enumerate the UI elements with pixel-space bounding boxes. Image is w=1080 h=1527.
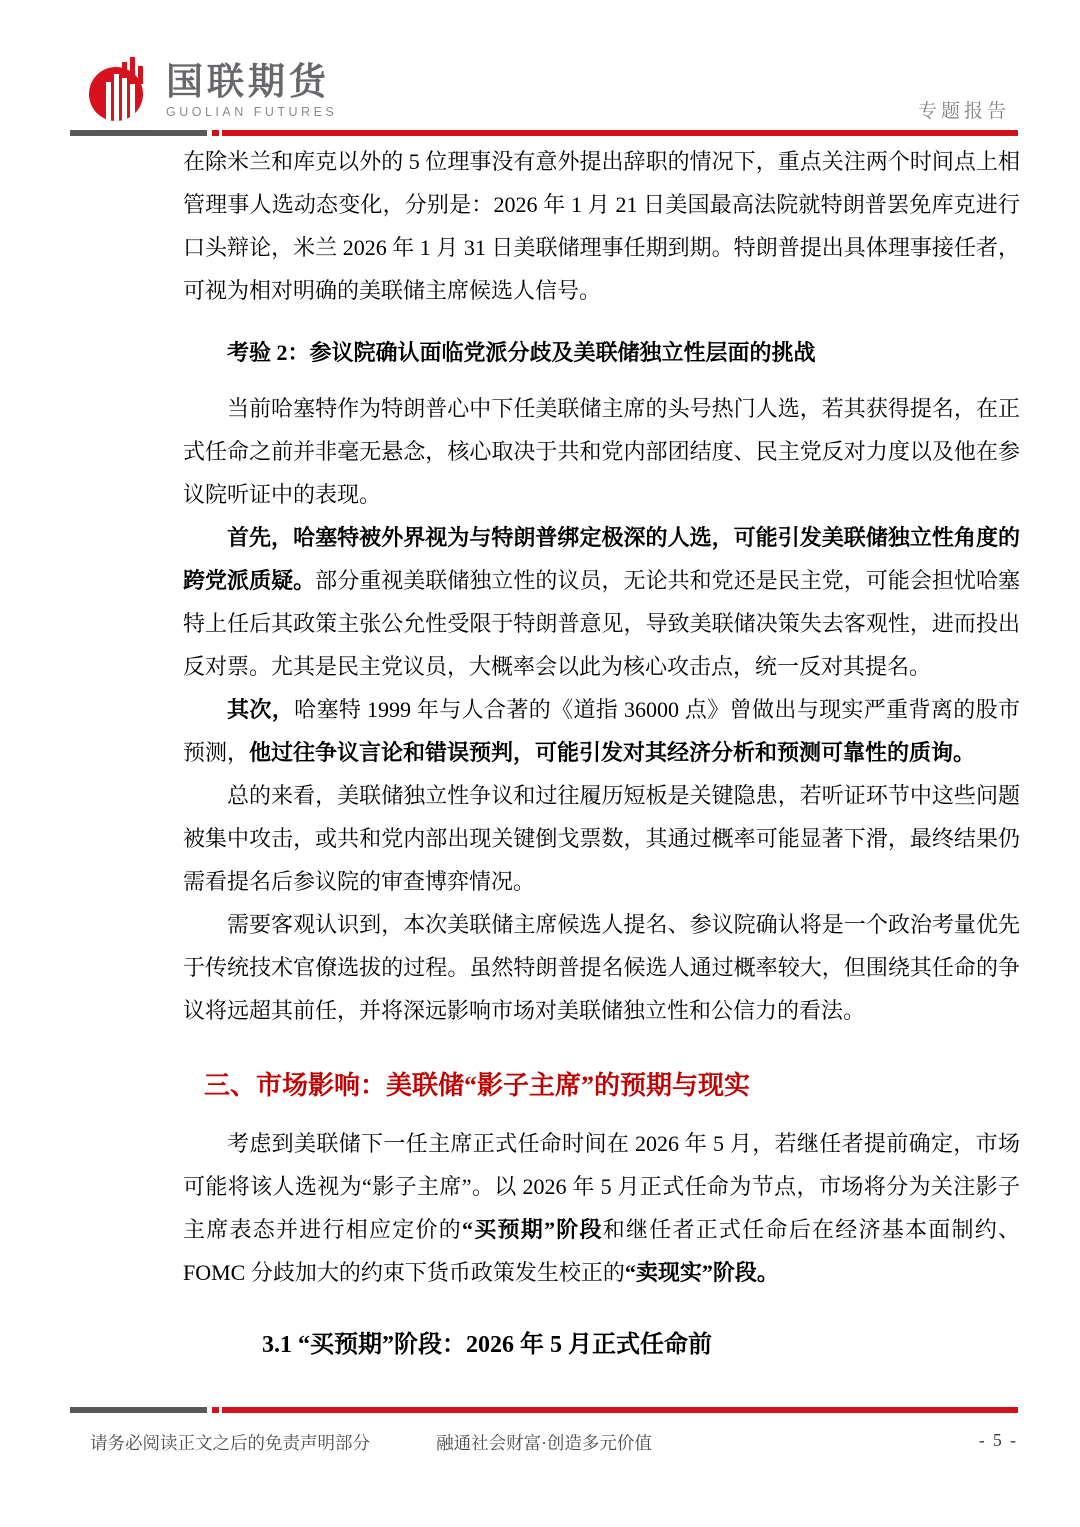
header-divider bbox=[70, 130, 1018, 136]
brand-name-cn: 国联期货 bbox=[166, 62, 337, 102]
footer-divider-red-segment bbox=[222, 1407, 1018, 1413]
paragraph-objective-view-text: 需要客观认识到，本次美联储主席候选人提名、参议院确认将是一个政治考量优先于传统技… bbox=[183, 912, 1020, 1023]
buy-expectation-bold: “买预期”阶段 bbox=[462, 1217, 603, 1242]
paragraph-objective-view: 需要客观认识到，本次美联储主席候选人提名、参议院确认将是一个政治考量优先于传统技… bbox=[183, 903, 1020, 1032]
paragraph-summary-text: 总的来看，美联储独立性争议和过往履历短板是关键隐患，若听证环节中这些问题被集中攻… bbox=[183, 783, 1020, 894]
paragraph-continued: 在除米兰和库克以外的 5 位理事没有意外提出辞职的情况下，重点关注两个时间点上相… bbox=[183, 140, 1020, 312]
footer-slogan: 融通社会财富·创造多元价值 bbox=[70, 1430, 1018, 1455]
report-body: 在除米兰和库克以外的 5 位理事没有意外提出辞职的情况下，重点关注两个时间点上相… bbox=[183, 140, 1020, 1367]
sell-reality-bold: “卖现实”阶段。 bbox=[625, 1260, 779, 1285]
paragraph-hassett-intro-text: 当前哈塞特作为特朗普心中下任美联储主席的头号热门人选，若其获得提名，在正式任命之… bbox=[183, 396, 1020, 507]
header-divider-red-segment bbox=[222, 130, 1018, 136]
brand-text: 国联期货 GUOLIAN FUTURES bbox=[166, 56, 337, 119]
subsection31-heading: 3.1 “买预期”阶段：2026 年 5 月正式任命前 bbox=[262, 1324, 1020, 1367]
paragraph-shadow-chair: 考虑到美联储下一任主席正式任命时间在 2026 年 5 月，若继任者提前确定，市… bbox=[183, 1122, 1020, 1294]
second-point-tail-bold: 他过往争议言论和错误预判，可能引发对其经济分析和预测可靠性的质询。 bbox=[249, 740, 975, 765]
brand-logo: 国联期货 GUOLIAN FUTURES bbox=[88, 56, 337, 129]
page-footer: 请务必阅读正文之后的免责声明部分 融通社会财富·创造多元价值 - 5 - bbox=[70, 1430, 1018, 1460]
brand-name-en: GUOLIAN FUTURES bbox=[166, 105, 337, 119]
exam2-heading: 考验 2：参议院确认面临党派分歧及美联储独立性层面的挑战 bbox=[183, 331, 1020, 374]
page-number: - 5 - bbox=[979, 1430, 1018, 1451]
footer-divider-gray-segment bbox=[70, 1407, 207, 1413]
header-divider-gray-segment bbox=[70, 130, 207, 136]
paragraph-hassett-intro: 当前哈塞特作为特朗普心中下任美联储主席的头号热门人选，若其获得提名，在正式任命之… bbox=[183, 387, 1020, 516]
guolian-logo-icon bbox=[88, 56, 154, 129]
page-header: 国联期货 GUOLIAN FUTURES 专题报告 bbox=[0, 0, 1080, 140]
report-type-label: 专题报告 bbox=[918, 96, 1010, 123]
paragraph-second-point: 其次，哈塞特 1999 年与人合著的《道指 36000 点》曾做出与现实严重背离… bbox=[183, 688, 1020, 774]
paragraph-first-point: 首先，哈塞特被外界视为与特朗普绑定极深的人选，可能引发美联储独立性角度的跨党派质… bbox=[183, 516, 1020, 688]
header-divider-red-dot bbox=[212, 130, 219, 136]
second-point-lead-bold: 其次， bbox=[227, 697, 294, 722]
footer-divider-red-dot bbox=[212, 1407, 219, 1413]
section3-heading: 三、市场影响：美联储“影子主席”的预期与现实 bbox=[204, 1066, 1020, 1106]
paragraph-summary: 总的来看，美联储独立性争议和过往履历短板是关键隐患，若听证环节中这些问题被集中攻… bbox=[183, 774, 1020, 903]
footer-divider bbox=[70, 1407, 1018, 1413]
paragraph-continued-text: 在除米兰和库克以外的 5 位理事没有意外提出辞职的情况下，重点关注两个时间点上相… bbox=[183, 149, 1020, 303]
